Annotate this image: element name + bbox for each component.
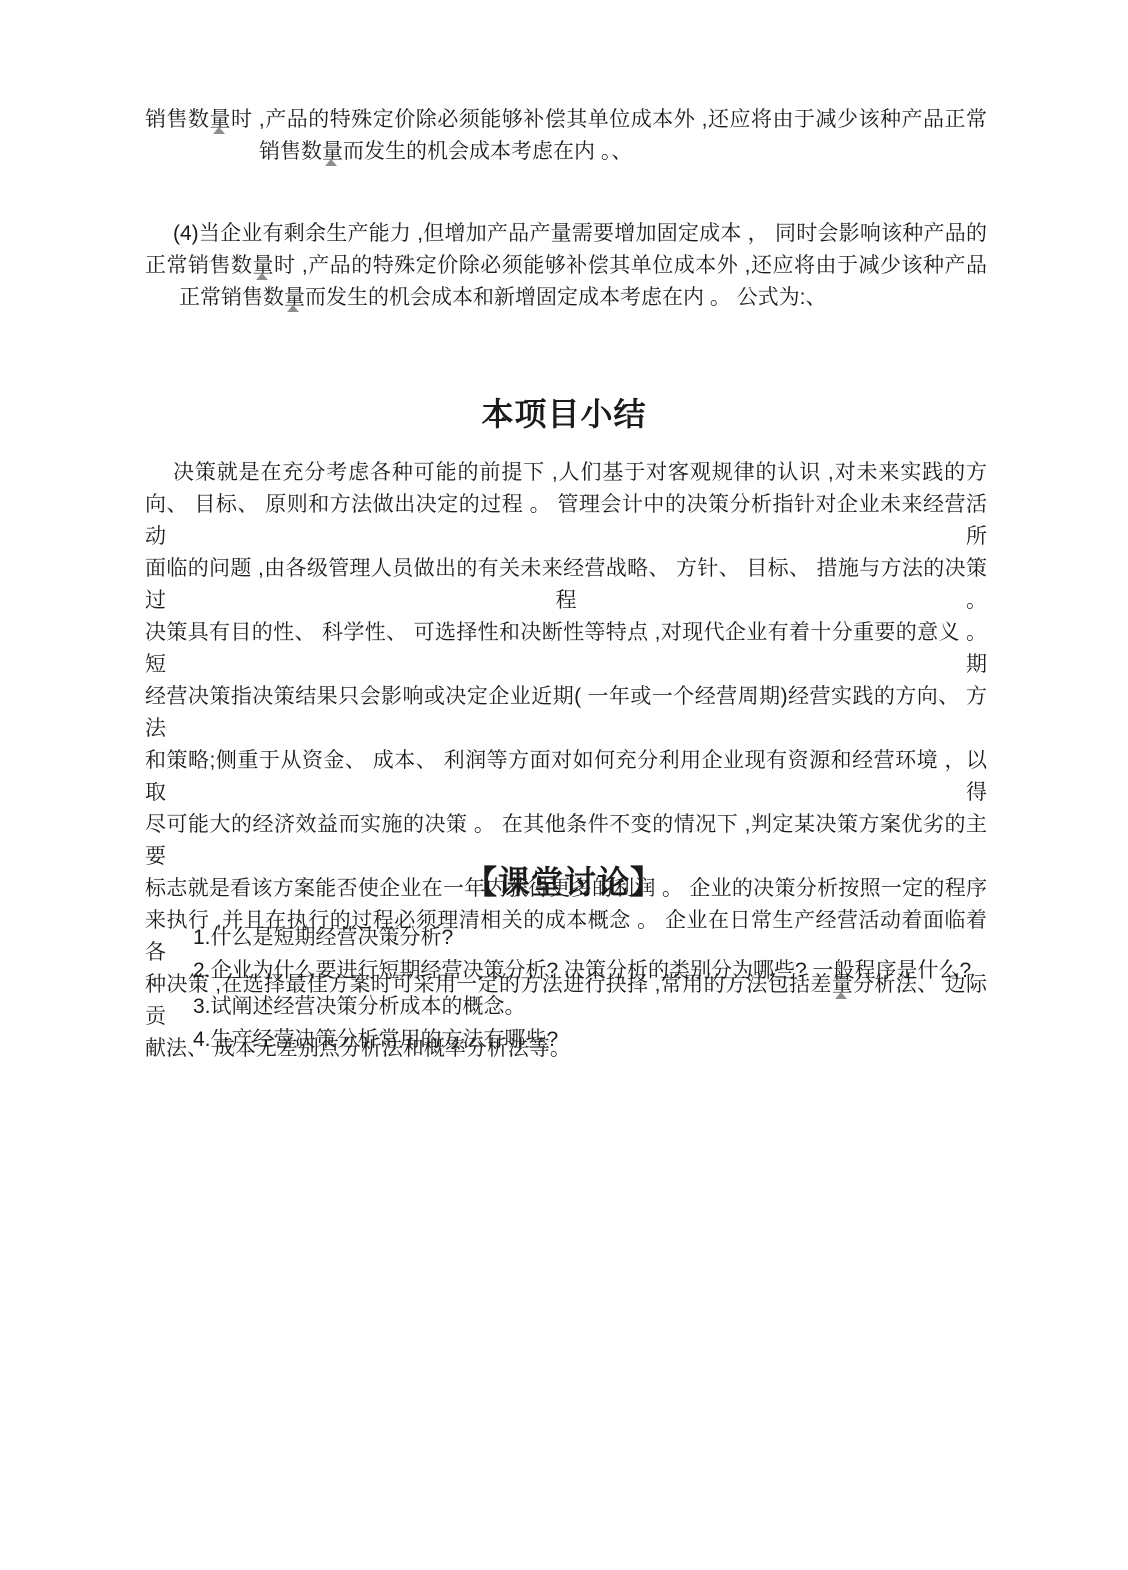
- text-segment: 1.什么是短期经营决策分析?: [193, 926, 453, 949]
- text-line: 向、 目标、 原则和方法做出决定的过程 。 管理会计中的决策分析指针对企业未来经…: [145, 489, 987, 553]
- text-line: 销售数量而发生的机会成本考虑在内 。、: [259, 136, 987, 168]
- text-segment: 而发生的机会成本考虑在内 。、: [343, 140, 632, 163]
- summary-heading: 本项目小结: [0, 393, 1128, 435]
- text-segment: 经营决策指决策结果只会影响或决定企业近期( 一年或一个经营周期)经营实践的方向、…: [145, 685, 987, 740]
- proofing-marked-char: 量: [253, 250, 274, 282]
- text-segment: (4)当企业有剩余生产能力 ,但增加产品产量需要增加固定成本 ， 同时会影响该种…: [173, 222, 987, 245]
- text-segment: 时 ,产品的特殊定价除必须能够补偿其单位成本外 ,还应将由于减少该种产品: [274, 254, 987, 277]
- document-page: 销售数量时 ,产品的特殊定价除必须能够补偿其单位成本外 ,还应将由于减少该种产品…: [0, 0, 1128, 1570]
- text-line: 正常销售数量而发生的机会成本和新增固定成本考虑在内 。 公式为:、: [179, 282, 987, 314]
- text-segment: 向、 目标、 原则和方法做出决定的过程 。 管理会计中的决策分析指针对企业未来经…: [145, 493, 987, 548]
- text-line: 销售数量时 ,产品的特殊定价除必须能够补偿其单位成本外 ,还应将由于减少该种产品…: [145, 104, 987, 136]
- text-segment: 而发生的机会成本和新增固定成本考虑在内 。 公式为:、: [305, 286, 827, 309]
- paragraph-special-pricing-opportunity-cost: 销售数量时 ,产品的特殊定价除必须能够补偿其单位成本外 ,还应将由于减少该种产品…: [145, 104, 987, 168]
- text-segment: 尽可能大的经济效益而实施的决策 。 在其他条件不变的情况下 ,判定某决策方案优劣…: [145, 813, 987, 868]
- text-segment: 和策略;侧重于从资金、 成本、 利润等方面对如何充分利用企业现有资源和经营环境 …: [145, 749, 987, 804]
- text-segment: 4.生产经营决策分析常用的方法有哪些?: [193, 1028, 558, 1051]
- text-line: (4)当企业有剩余生产能力 ,但增加产品产量需要增加固定成本 ， 同时会影响该种…: [145, 218, 987, 250]
- text-line: 决策就是在充分考虑各种可能的前提下 ,人们基于对客观规律的认识 ,对未来实践的方: [145, 457, 987, 489]
- text-line: 面临的问题 ,由各级管理人员做出的有关未来经营战略、 方针、 目标、 措施与方法…: [145, 553, 987, 617]
- text-segment: 销售数: [259, 140, 322, 163]
- text-line: 经营决策指决策结果只会影响或决定企业近期( 一年或一个经营周期)经营实践的方向、…: [145, 681, 987, 745]
- text-line: 决策具有目的性、 科学性、 可选择性和决断性等特点 ,对现代企业有着十分重要的意…: [145, 617, 987, 681]
- text-line: 正常销售数量时 ,产品的特殊定价除必须能够补偿其单位成本外 ,还应将由于减少该种…: [145, 250, 987, 282]
- discussion-question: 1.什么是短期经营决策分析?: [193, 921, 987, 954]
- discussion-question-list: 1.什么是短期经营决策分析? 2.企业为什么要进行短期经营决策分析? 决策分析的…: [145, 921, 987, 1056]
- text-segment: 2.企业为什么要进行短期经营决策分析? 决策分析的类别分为哪些? 一般程序是什么…: [193, 959, 971, 982]
- discussion-heading: 【课堂讨论】: [0, 861, 1128, 903]
- text-segment: 正常销售数: [145, 254, 253, 277]
- text-segment: 决策具有目的性、 科学性、 可选择性和决断性等特点 ,对现代企业有着十分重要的意…: [145, 621, 987, 676]
- text-segment: 决策就是在充分考虑各种可能的前提下 ,人们基于对客观规律的认识 ,对未来实践的方: [173, 461, 987, 484]
- paragraph-item-4-fixed-cost: (4)当企业有剩余生产能力 ,但增加产品产量需要增加固定成本 ， 同时会影响该种…: [145, 218, 987, 314]
- text-segment: 面临的问题 ,由各级管理人员做出的有关未来经营战略、 方针、 目标、 措施与方法…: [145, 557, 987, 612]
- text-segment: 正常销售数: [179, 286, 284, 309]
- text-segment: 3.试阐述经营决策分析成本的概念。: [193, 995, 526, 1018]
- text-segment: 销售数: [145, 108, 210, 131]
- proofing-marked-char: 量: [210, 104, 231, 136]
- proofing-marked-char: 量: [284, 282, 305, 314]
- discussion-question: 3.试阐述经营决策分析成本的概念。: [193, 990, 987, 1023]
- discussion-question: 4.生产经营决策分析常用的方法有哪些?: [193, 1023, 987, 1056]
- discussion-question: 2.企业为什么要进行短期经营决策分析? 决策分析的类别分为哪些? 一般程序是什么…: [193, 954, 987, 987]
- proofing-marked-char: 量: [322, 136, 343, 168]
- text-line: 和策略;侧重于从资金、 成本、 利润等方面对如何充分利用企业现有资源和经营环境 …: [145, 745, 987, 809]
- text-segment: 时 ,产品的特殊定价除必须能够补偿其单位成本外 ,还应将由于减少该种产品正常: [231, 108, 987, 131]
